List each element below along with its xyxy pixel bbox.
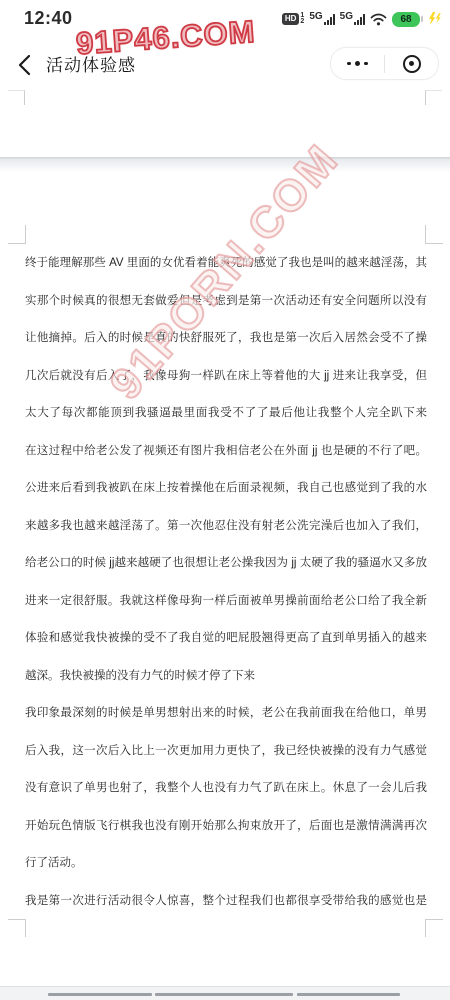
document-line: 我印象最深刻的时候是单男想射出来的时候，老公在我前面我在给他口，单男在 (25, 695, 427, 733)
status-bar: 12:40 HD 1 2 5G 5G (0, 0, 450, 40)
nav-bar: 活动体验感 (0, 40, 450, 89)
document-line: 几次后就没有后入了，我像母狗一样趴在床上等着他的大 jj 进来让我享受，但是 (25, 358, 427, 396)
footer-divider-segment (155, 993, 293, 996)
miniprogram-capsule (330, 47, 439, 80)
back-button[interactable] (12, 53, 36, 77)
document-line: 没有意识了单男也射了，我整个人也没有力气了趴在床上。休息了一会儿后我们 (25, 770, 427, 808)
page-separator (0, 157, 450, 172)
more-dots-icon (347, 61, 368, 67)
page-corner-mark (425, 225, 443, 244)
battery-percent: 68 (392, 12, 420, 27)
sim2-signal-icon: 5G (340, 14, 365, 25)
more-button[interactable] (331, 48, 384, 79)
battery-icon: 68 (392, 12, 423, 27)
home-circle-icon (403, 55, 421, 73)
page-corner-mark (8, 919, 26, 937)
page-footer-strip (0, 986, 450, 1000)
document-line: 给老公口的时候 jj越来越硬了也很想让老公操我因为 jj 太硬了我的骚逼水又多放 (25, 545, 427, 583)
back-chevron-icon (18, 54, 31, 76)
sim1-signal-icon: 5G (309, 14, 334, 25)
document-line: 我是第一次进行活动很令人惊喜，整个过程我们也都很享受带给我的感觉也是目 (25, 883, 427, 921)
document-line: 开始玩色情版飞行棋我也没有刚开始那么拘束放开了，后面也是激情满满再次进 (25, 808, 427, 846)
app-screen: 12:40 HD 1 2 5G 5G (0, 0, 450, 1000)
document-line: 实那个时候真的很想无套做爱但是考虑到是第一次活动还有安全问题所以没有 (25, 283, 427, 321)
clock-time: 12:40 (24, 8, 73, 29)
document-line: 来越多我也越来越淫荡了。第一次他忍住没有射老公洗完澡后也加入了我们，我 (25, 508, 427, 546)
document-line: 后入我，这一次后入比上一次更加用力更快了，我已经快被操的没有力气感觉快 (25, 733, 427, 771)
charging-bolt-icon (428, 12, 442, 26)
document-line: 越深。我快被操的没有力气的时候才停了下来 (25, 658, 427, 696)
page-corner-mark (425, 90, 442, 105)
footer-divider-segment (297, 993, 400, 996)
close-to-home-button[interactable] (385, 48, 438, 79)
document-line: 体验和感觉我快被操的受不了我自觉的吧屁股翘得更高了直到单男插入的越来 (25, 620, 427, 658)
document-line: 太大了每次都能顶到我骚逼最里面我受不了了最后他让我整个人完全趴下来了。 (25, 395, 427, 433)
document-line: 让他摘掉。后入的时候是真的快舒服死了，我也是第一次后入居然会受不了操了 (25, 320, 427, 358)
document-line: 公进来后看到我被趴在床上按着操他在后面录视频，我自己也感觉到了我的水越 (25, 470, 427, 508)
page-corner-mark (425, 919, 443, 937)
document-line: 终于能理解那些 AV 里面的女优看着能爽死的感觉了我也是叫的越来越淫荡，其 (25, 245, 427, 283)
hd-volte-icon: HD 1 2 (282, 13, 304, 25)
footer-divider-segment (48, 993, 152, 996)
document-line: 进来一定很舒服。我就这样像母狗一样后面被单男操前面给老公口给了我全新的 (25, 583, 427, 621)
page-title: 活动体验感 (46, 51, 136, 76)
document-text[interactable]: 终于能理解那些 AV 里面的女优看着能爽死的感觉了我也是叫的越来越淫荡，其实那个… (25, 245, 427, 920)
page-corner-mark (8, 90, 25, 105)
page-corner-mark (8, 225, 26, 244)
status-icons: HD 1 2 5G 5G (282, 10, 442, 28)
document-line: 行了活动。 (25, 845, 427, 883)
wifi-icon (370, 13, 387, 26)
document-page-1 (0, 88, 450, 157)
document-line: 在这过程中给老公发了视频还有图片我相信老公在外面 jj 也是硬的不行了吧。老 (25, 433, 427, 471)
